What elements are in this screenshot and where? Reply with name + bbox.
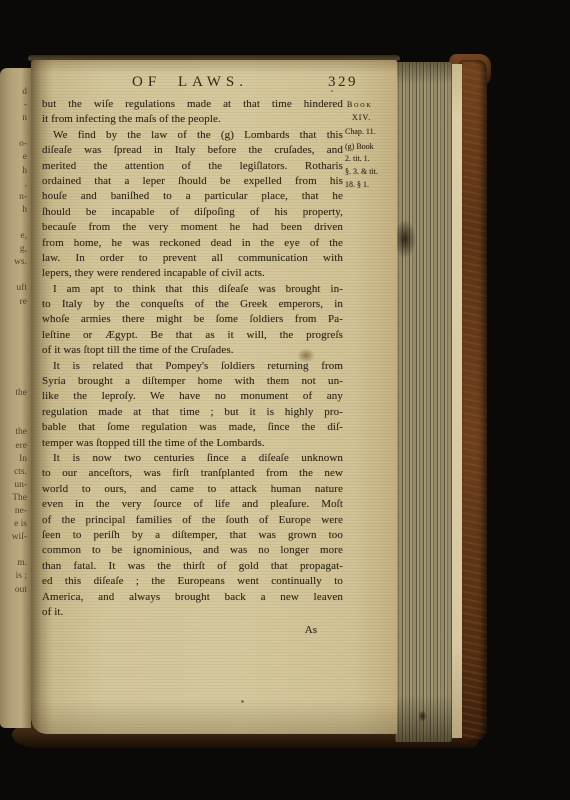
text-line: to Italy by the conqueſts of the Greek e… (42, 297, 343, 312)
margin-note: Book (345, 99, 399, 112)
facing-page-fragment: is ; (1, 570, 27, 583)
facing-page-fragment: In (1, 453, 27, 466)
facing-page-fragment: m. (1, 557, 27, 570)
paper-speck (331, 90, 333, 92)
facing-page-fragment (1, 125, 27, 138)
margin-note: 2. tit. 1. (345, 153, 399, 166)
book: d-no-eh,n-he,g,ws.uftrethetheereIncts.un… (0, 58, 488, 752)
margin-note: §. 3. & tit. (345, 166, 399, 179)
text-line: It is related that Pompey's ſoldiers ret… (42, 359, 343, 374)
page-number: 329 (328, 74, 358, 91)
text-line: becauſe from the very moment he had been… (42, 220, 343, 235)
facing-page-fragment: re (1, 296, 27, 309)
text-line: lepers, they were rendered incapable of … (42, 266, 343, 281)
photo-background: d-no-eh,n-he,g,ws.uftrethetheereIncts.un… (0, 0, 570, 800)
facing-page-fragment: ere (1, 440, 27, 453)
text-line: ſhould be incapable of diſpoſing of his … (42, 205, 343, 220)
facing-page-fragment: cts. (1, 466, 27, 479)
margin-notes: BookXIV.Chap. 11.(g) Book2. tit. 1.§. 3.… (345, 99, 399, 191)
text-line: ordained that a leper ſhould be expelled… (42, 174, 343, 189)
text-line: merited the attention of the legiſlators… (42, 159, 343, 174)
book-page: OF LAWS. 329 but the wiſe regulations ma… (31, 60, 397, 734)
facing-page-fragment: un- (1, 479, 27, 492)
fore-edge-mark (418, 710, 427, 722)
text-line: whoſe armies there might be ſome ſoldier… (42, 312, 343, 327)
leather-cover-edge (459, 60, 487, 742)
facing-page-fragment: g, (1, 243, 27, 256)
text-line: leſtine or Ægypt. Be that as it will, th… (42, 328, 343, 343)
facing-page-fragment: - (1, 99, 27, 112)
margin-note: 18. § 1. (345, 179, 399, 192)
text-line: law. In order to prevent all communicati… (42, 251, 343, 266)
margin-note: Chap. 11. (345, 126, 399, 139)
page-header: OF LAWS. 329 (42, 74, 358, 96)
text-line: of the principal families of the ſouth o… (42, 513, 343, 528)
facing-page-fragment (1, 374, 27, 387)
facing-page-fragment (1, 348, 27, 361)
running-title: OF LAWS. (62, 74, 318, 91)
facing-page-fragment: The (1, 492, 27, 505)
margin-note: XIV. (345, 112, 399, 125)
facing-page-fragment: h (1, 204, 27, 217)
facing-page-fragment (1, 335, 27, 348)
text-line: temper was ſtopped till the time of the … (42, 436, 343, 451)
fore-edge-smudge (394, 220, 416, 258)
facing-page-fragment (1, 361, 27, 374)
paper-speck (241, 700, 244, 703)
facing-page-fragment: e, (1, 230, 27, 243)
facing-page-fragment: n (1, 112, 27, 125)
text-line: like the leproſy. We have no monument of… (42, 389, 343, 404)
facing-page-fragment (1, 413, 27, 426)
facing-page-fragment: wiſ- (1, 531, 27, 544)
facing-page-fragment: out (1, 584, 27, 597)
text-line: but the wiſe regulations made at that ti… (42, 97, 343, 112)
text-line: Syria brought a diſtemper home with them… (42, 374, 343, 389)
facing-page-fragment: e (1, 151, 27, 164)
text-line: I am apt to think that this diſeaſe was … (42, 282, 343, 297)
text-line: houſe and baniſhed to a particular place… (42, 189, 343, 204)
text-line: world to ours, and came to attack human … (42, 482, 343, 497)
text-line: even in the very ſource of life and plea… (42, 497, 343, 512)
facing-page-fragments: d-no-eh,n-he,g,ws.uftrethetheereIncts.un… (1, 86, 27, 597)
facing-page-fragment (1, 322, 27, 335)
facing-page-fragment: uft (1, 282, 27, 295)
fore-edge-page-stack (395, 62, 452, 742)
text-line: ed this diſeaſe ; the Europeans went con… (42, 574, 343, 589)
facing-page-fragment: e is (1, 518, 27, 531)
text-line: diſeaſe was ſpread in Italy before the c… (42, 143, 343, 158)
facing-page-fragment: the (1, 387, 27, 400)
text-line: it from infecting the maſs of the people… (42, 112, 343, 127)
text-line: to our anceſtors, was firſt tranſplanted… (42, 466, 343, 481)
catchword: As (42, 624, 343, 636)
facing-page-fragment: ne- (1, 505, 27, 518)
text-line: common to be ignominious, and was no lon… (42, 543, 343, 558)
text-line: regulation made at that time ; but it is… (42, 405, 343, 420)
text-line: of it. (42, 605, 343, 620)
margin-note: (g) Book (345, 141, 399, 154)
facing-page-fragment: the (1, 426, 27, 439)
ink-stain (297, 348, 315, 363)
text-line: bable that ſome regulation was made, ſin… (42, 420, 343, 435)
facing-page-fragment (1, 309, 27, 322)
facing-page-fragment: d (1, 86, 27, 99)
text-line: from home, he was reckoned dead in the e… (42, 236, 343, 251)
text-line: than fatal. It was the thirſt of gold th… (42, 559, 343, 574)
facing-page-fragment: h (1, 165, 27, 178)
text-line: America, and always brought back a new l… (42, 590, 343, 605)
facing-page-fragment: ws. (1, 256, 27, 269)
text-line: It is now two centuries ſince a diſeaſe … (42, 451, 343, 466)
facing-page-fragment (1, 544, 27, 557)
facing-page-sliver: d-no-eh,n-he,g,ws.uftrethetheereIncts.un… (0, 68, 31, 728)
facing-page-fragment (1, 269, 27, 282)
text-line: ſeen to periſh by a diſtemper, that was … (42, 528, 343, 543)
facing-page-fragment (1, 217, 27, 230)
facing-page-fragment: o- (1, 138, 27, 151)
facing-page-fragment: n- (1, 191, 27, 204)
text-line: We find by the law of the (g) Lombards t… (42, 128, 343, 143)
facing-page-fragment: , (1, 178, 27, 191)
facing-page-fragment (1, 400, 27, 413)
